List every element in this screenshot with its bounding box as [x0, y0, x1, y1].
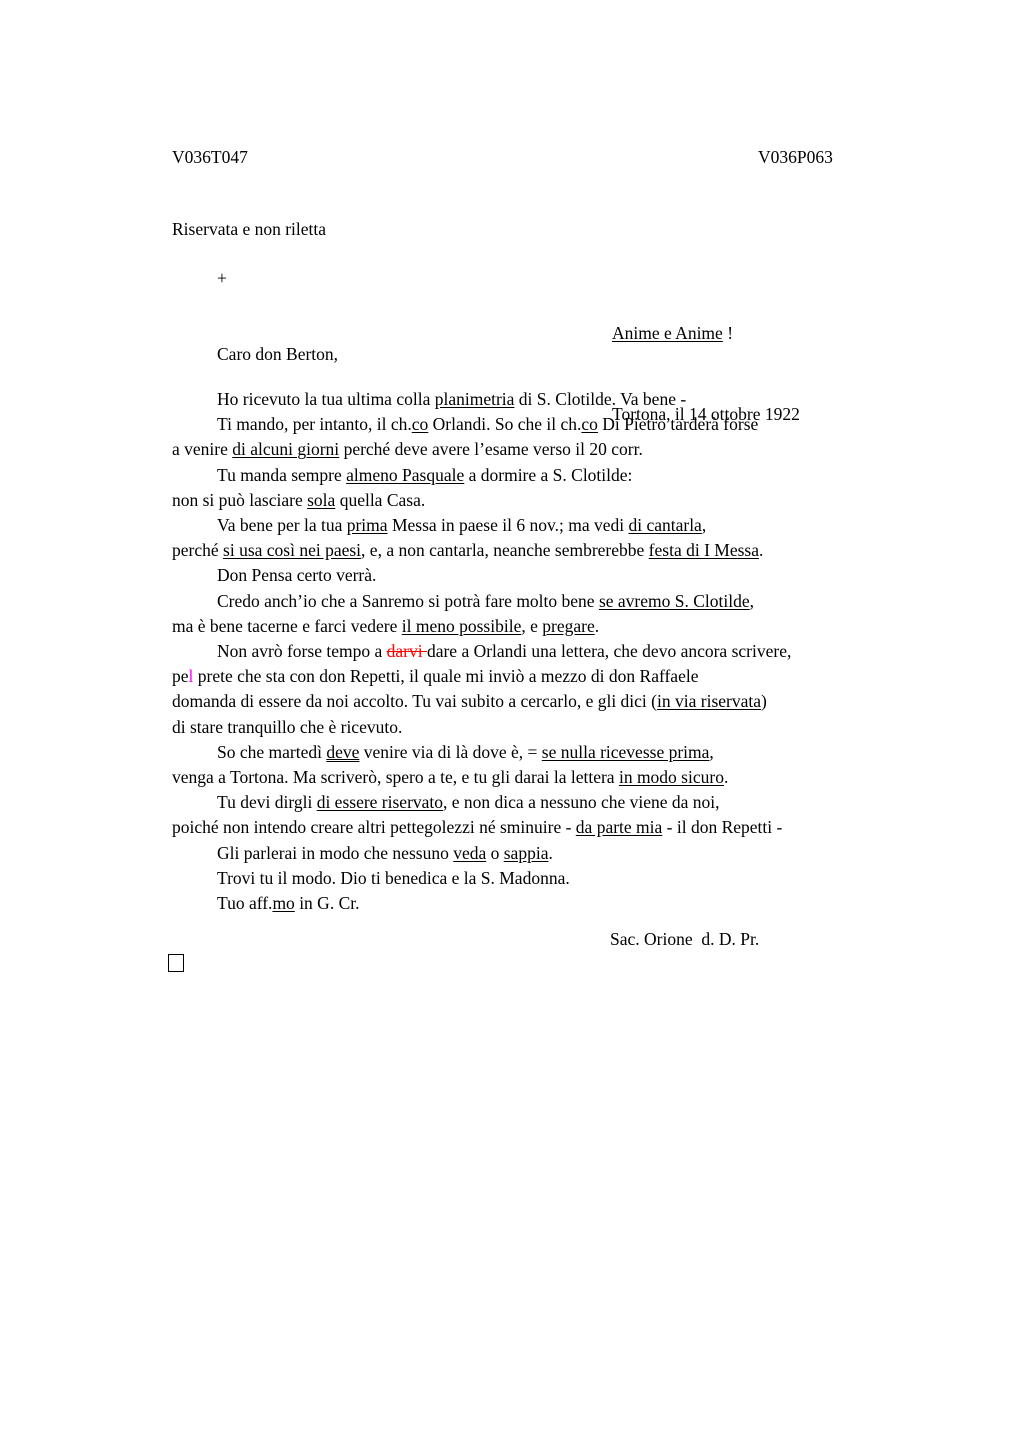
underlined-text: veda: [453, 843, 486, 863]
motto-line: Anime e Anime !: [612, 320, 800, 347]
body-text: Ho ricevuto la tua ultima colla: [217, 389, 435, 409]
body-line: Tu devi dirgli di essere riservato, e no…: [172, 790, 932, 815]
body-line: Non avrò forse tempo a darvi dare a Orla…: [172, 639, 932, 664]
body-text: non si può lasciare: [172, 490, 307, 510]
body-text: perché: [172, 540, 223, 560]
body-text: di stare tranquillo che è ricevuto.: [172, 717, 402, 737]
body-text: Non avrò forse tempo a: [217, 641, 387, 661]
body-text: ma è bene tacerne e farci vedere: [172, 616, 402, 636]
body-text: .: [724, 767, 728, 787]
body-line: ma è bene tacerne e farci vedere il meno…: [172, 614, 932, 639]
underlined-text: il meno possibile: [402, 616, 522, 636]
body-text: Messa in paese il 6 nov.; ma vedi: [388, 515, 629, 535]
body-line: Credo anch’io che a Sanremo si potrà far…: [172, 589, 932, 614]
underlined-text: co: [412, 414, 429, 434]
body-text: - il don Repetti -: [662, 817, 782, 837]
body-line: Trovi tu il modo. Dio ti benedica e la S…: [172, 866, 932, 891]
body-text: Trovi tu il modo. Dio ti benedica e la S…: [217, 868, 570, 888]
body-text: Tuo aff.: [217, 893, 272, 913]
body-line: perché si usa così nei paesi, e, a non c…: [172, 538, 932, 563]
body-line: Va bene per la tua prima Messa in paese …: [172, 513, 932, 538]
body-line: Don Pensa certo verrà.: [172, 563, 932, 588]
body-line: Tu manda sempre almeno Pasquale a dormir…: [172, 463, 932, 488]
underlined-text: di essere riservato: [317, 792, 443, 812]
body-text: di S. Clotilde. Va bene -: [514, 389, 686, 409]
body-text: prete che sta con don Repetti, il quale …: [193, 666, 698, 686]
confidential-note: Riservata e non riletta: [172, 219, 326, 240]
underlined-text: prima: [347, 515, 388, 535]
deleted-word: darvi: [387, 641, 427, 661]
underlined-text: planimetria: [435, 389, 515, 409]
body-text: in G. Cr.: [295, 893, 360, 913]
underlined-text: mo: [272, 893, 294, 913]
body-line: Ti mando, per intanto, il ch.co Orlandi.…: [172, 412, 932, 437]
body-text: pe: [172, 666, 189, 686]
body-line: pel prete che sta con don Repetti, il qu…: [172, 664, 932, 689]
body-text: Credo anch’io che a Sanremo si potrà far…: [217, 591, 599, 611]
underlined-text: sappia: [504, 843, 549, 863]
body-text: ): [761, 691, 767, 711]
body-line: a venire di alcuni giorni perché deve av…: [172, 437, 932, 462]
body-line: di stare tranquillo che è ricevuto.: [172, 715, 932, 740]
body-text: Tu manda sempre: [217, 465, 346, 485]
document-code-left: V036T047: [172, 147, 248, 168]
underlined-text: se nulla ricevesse prima: [542, 742, 710, 762]
body-text: dare a Orlandi una lettera, che devo anc…: [427, 641, 791, 661]
body-text: Gli parlerai in modo che nessuno: [217, 843, 453, 863]
body-text: domanda di essere da noi accolto. Tu vai…: [172, 691, 657, 711]
body-text: a dormire a S. Clotilde:: [464, 465, 632, 485]
body-text: perché deve avere l’esame verso il 20 co…: [339, 439, 643, 459]
underlined-text: pregare: [542, 616, 594, 636]
body-text: venga a Tortona. Ma scriverò, spero a te…: [172, 767, 619, 787]
body-text: venire via di là dove è, =: [359, 742, 541, 762]
body-text: So che martedì: [217, 742, 326, 762]
document-code-right: V036P063: [758, 147, 833, 168]
body-text: .: [548, 843, 552, 863]
letter-body: Ho ricevuto la tua ultima colla planimet…: [172, 387, 932, 916]
underlined-text: almeno Pasquale: [346, 465, 464, 485]
body-text: poiché non intendo creare altri pettegol…: [172, 817, 576, 837]
underlined-text: si usa così nei paesi: [223, 540, 361, 560]
underlined-text: co: [581, 414, 598, 434]
body-text: , e, a non cantarla, neanche sembrerebbe: [361, 540, 649, 560]
underlined-text: di cantarla: [628, 515, 701, 535]
body-text: Don Pensa certo verrà.: [217, 565, 376, 585]
body-text: Ti mando, per intanto, il ch.: [217, 414, 412, 434]
body-text: quella Casa.: [335, 490, 425, 510]
motto-text: Anime e Anime: [612, 323, 723, 343]
salutation: Caro don Berton,: [217, 344, 338, 365]
signature: Sac. Orione d. D. Pr.: [610, 929, 759, 950]
body-text: Tu devi dirgli: [217, 792, 317, 812]
underlined-text: festa di I Messa: [649, 540, 759, 560]
underlined-text: sola: [307, 490, 335, 510]
body-line: domanda di essere da noi accolto. Tu vai…: [172, 689, 932, 714]
body-text: .: [595, 616, 599, 636]
motto-suffix: !: [723, 323, 733, 343]
body-line: poiché non intendo creare altri pettegol…: [172, 815, 932, 840]
footer-checkbox-square: [168, 954, 184, 972]
body-line: Ho ricevuto la tua ultima colla planimet…: [172, 387, 932, 412]
underlined-text: deve: [326, 742, 359, 762]
underlined-text: se avremo S. Clotilde: [599, 591, 750, 611]
body-text: , e: [521, 616, 542, 636]
body-text: Orlandi. So che il ch.: [428, 414, 581, 434]
body-text: , e non dica a nessuno che viene da noi,: [443, 792, 720, 812]
cross-mark: +: [217, 268, 227, 289]
body-text: Di Pietro tarderà forse: [598, 414, 758, 434]
body-line: So che martedì deve venire via di là dov…: [172, 740, 932, 765]
body-text: ,: [709, 742, 713, 762]
underlined-text: in via riservata: [657, 691, 761, 711]
body-text: a venire: [172, 439, 232, 459]
body-line: venga a Tortona. Ma scriverò, spero a te…: [172, 765, 932, 790]
body-text: .: [759, 540, 763, 560]
body-text: ,: [702, 515, 706, 535]
body-line: Gli parlerai in modo che nessuno veda o …: [172, 841, 932, 866]
body-text: Va bene per la tua: [217, 515, 347, 535]
body-text: ,: [750, 591, 754, 611]
underlined-text: in modo sicuro: [619, 767, 724, 787]
underlined-text: da parte mia: [576, 817, 662, 837]
body-text: o: [486, 843, 504, 863]
body-line: non si può lasciare sola quella Casa.: [172, 488, 932, 513]
underlined-text: di alcuni giorni: [232, 439, 339, 459]
body-line: Tuo aff.mo in G. Cr.: [172, 891, 932, 916]
